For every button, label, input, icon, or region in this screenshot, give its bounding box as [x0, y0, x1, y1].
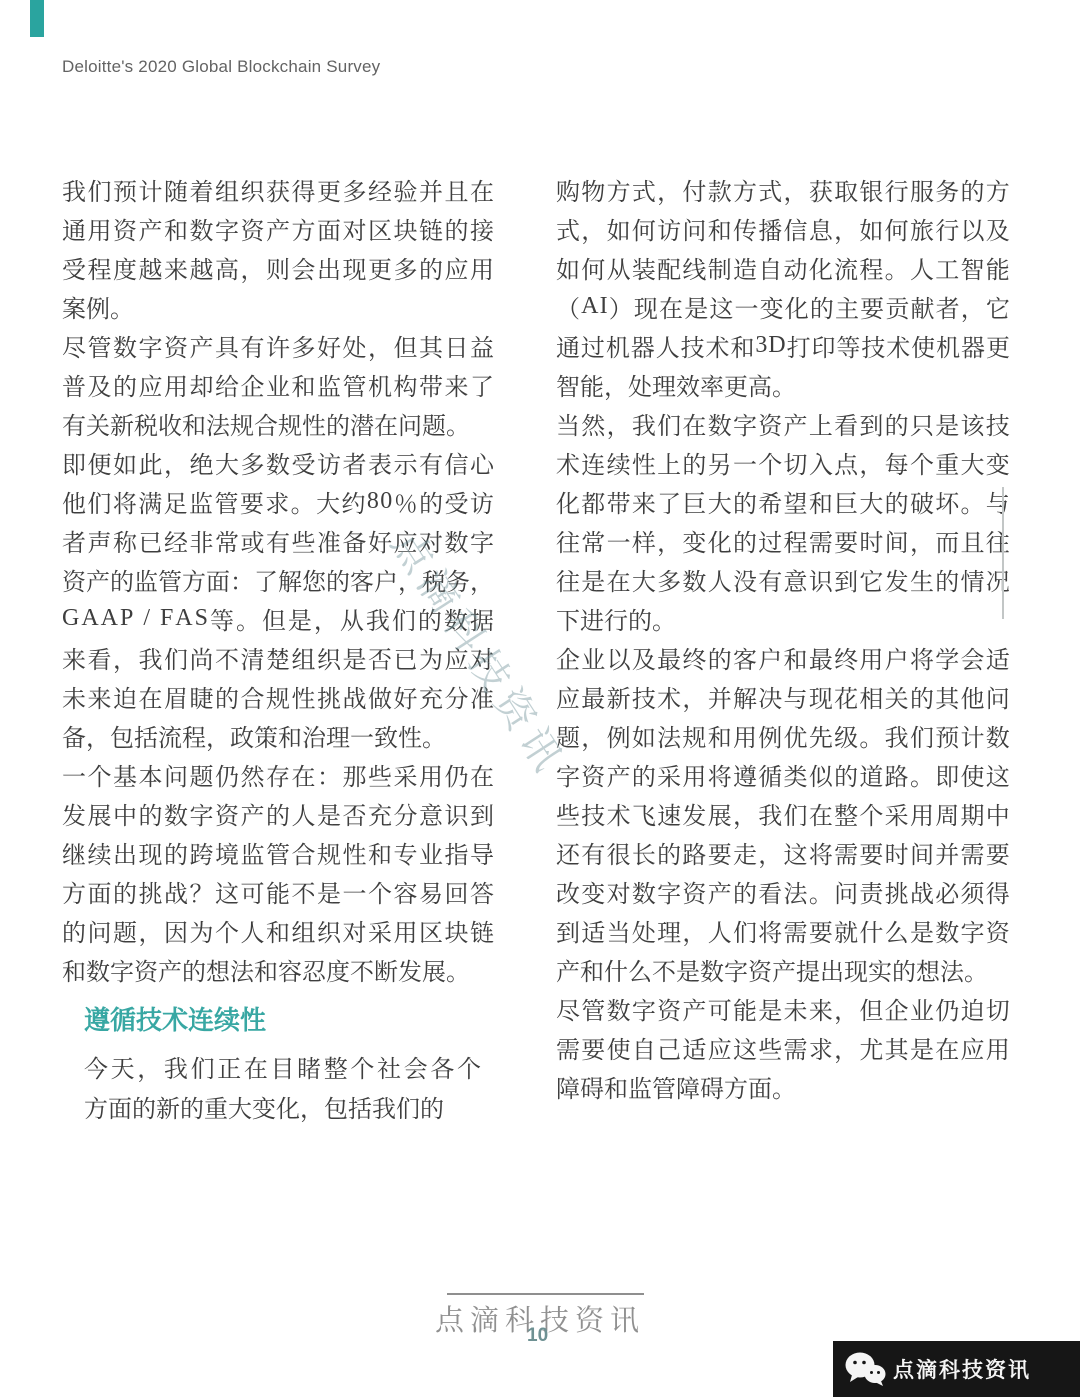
text-line: 有关新税收和法规合规性的潜在问题。 — [62, 404, 494, 443]
text-line: 往常一样，变化的过程需要时间，而且往 — [556, 521, 1010, 560]
text-line: 式，如何访问和传播信息，如何旅行以及 — [556, 209, 1010, 248]
text-line: 通用资产和数字资产方面对区块链的接 — [62, 209, 494, 248]
text-line: 改变对数字资产的看法。问责挑战必须得 — [556, 872, 1010, 911]
text-line: 他们将满足监管要求。大约80％的受访 — [62, 482, 494, 521]
text-line: 备，包括流程，政策和治理一致性。 — [62, 716, 494, 755]
text-line: 一个基本问题仍然存在：那些采用仍在 — [62, 755, 494, 794]
text-line: 尽管数字资产具有许多好处，但其日益 — [62, 326, 494, 365]
text-line: 题，例如法规和用例优先级。我们预计数 — [556, 716, 1010, 755]
text-line: 尽管数字资产可能是未来，但企业仍迫切 — [556, 989, 1010, 1028]
text-line: 我们预计随着组织获得更多经验并且在 — [62, 170, 494, 209]
wechat-icon — [843, 1350, 887, 1388]
text-line: 通过机器人技术和3D打印等技术使机器更 — [556, 326, 1010, 365]
text-line: 即便如此，绝大多数受访者表示有信心 — [62, 443, 494, 482]
section-heading: 遵循技术连续性 — [84, 1000, 266, 1037]
text-line: 产和什么不是数字资产提出现实的想法。 — [556, 950, 1010, 989]
text-line: 如何从装配线制造自动化流程。人工智能 — [556, 248, 1010, 287]
text-line: 未来迫在眉睫的合规性挑战做好充分准 — [62, 677, 494, 716]
text-line: 方面的新的重大变化，包括我们的 — [84, 1086, 481, 1126]
text-line: 案例。 — [62, 287, 494, 326]
page-number: 10 — [527, 1325, 548, 1347]
text-line: 和数字资产的想法和容忍度不断发展。 — [62, 950, 494, 989]
text-line: 的问题，因为个人和组织对采用区块链 — [62, 911, 494, 950]
text-line: 方面的挑战？这可能不是一个容易回答 — [62, 872, 494, 911]
text-line: 障碍和监管障碍方面。 — [556, 1067, 1010, 1106]
watermark-overline — [447, 1293, 644, 1295]
text-line: 发展中的数字资产的人是否充分意识到 — [62, 794, 494, 833]
text-line: 来看，我们尚不清楚组织是否已为应对 — [62, 638, 494, 677]
section-body: 今天，我们正在目睹整个社会各个方面的新的重大变化，包括我们的 — [84, 1046, 481, 1126]
text-line: 受程度越来越高，则会出现更多的应用 — [62, 248, 494, 287]
text-line: 应最新技术，并解决与现花相关的其他问 — [556, 677, 1010, 716]
page-header: Deloitte's 2020 Global Blockchain Survey — [62, 57, 380, 77]
right-text-column: 购物方式，付款方式，获取银行服务的方式，如何访问和传播信息，如何旅行以及如何从装… — [556, 170, 1010, 1106]
text-line: 到适当处理，人们将需要就什么是数字资 — [556, 911, 1010, 950]
teal-accent-bar — [30, 0, 44, 37]
margin-rule — [1002, 487, 1004, 619]
text-line: 往是在大多数人没有意识到它发生的情况 — [556, 560, 1010, 599]
text-line: 今天，我们正在目睹整个社会各个 — [84, 1046, 481, 1086]
text-line: 些技术飞速发展，我们在整个采用周期中 — [556, 794, 1010, 833]
text-line: 需要使自己适应这些需求，尤其是在应用 — [556, 1028, 1010, 1067]
document-page: Deloitte's 2020 Global Blockchain Survey… — [0, 0, 1080, 1397]
text-line: 企业以及最终的客户和最终用户将学会适 — [556, 638, 1010, 677]
text-line: （AI）现在是这一变化的主要贡献者，它 — [556, 287, 1010, 326]
text-line: 化都带来了巨大的希望和巨大的破坏。与 — [556, 482, 1010, 521]
account-logo-label: 点滴科技资讯 — [893, 1354, 1031, 1384]
text-line: 术连续性上的另一个切入点，每个重大变 — [556, 443, 1010, 482]
text-line: 字资产的采用将遵循类似的道路。即使这 — [556, 755, 1010, 794]
text-line: 还有很长的路要走，这将需要时间并需要 — [556, 833, 1010, 872]
text-line: 智能，处理效率更高。 — [556, 365, 1010, 404]
text-line: 当然，我们在数字资产上看到的只是该技 — [556, 404, 1010, 443]
text-line: 继续出现的跨境监管合规性和专业指导 — [62, 833, 494, 872]
account-logo-bar[interactable]: 点滴科技资讯 — [833, 1341, 1080, 1397]
text-line: 购物方式，付款方式，获取银行服务的方 — [556, 170, 1010, 209]
text-line: 普及的应用却给企业和监管机构带来了 — [62, 365, 494, 404]
text-line: 下进行的。 — [556, 599, 1010, 638]
